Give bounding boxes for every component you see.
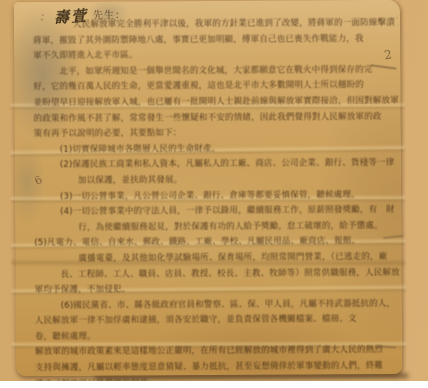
- text-line: (2)保護民族工商業和私人資本，凡屬私人的工廠、商店、公司企業、銀行、貨棧等一律: [34, 156, 399, 174]
- photo-backdrop: ： 壽萱先生： 人民解放軍完全勝利平津以後，我軍的方針業已進到了改變，將蔣軍的一…: [0, 0, 428, 381]
- text-line: 廣播電臺，及其他如化學試驗場所、保育場所，均照常開門營業，（已逃走的，廠: [34, 250, 399, 268]
- text-line: 支持與擁護，凡屬以輕率態度惡意猜疑、暴力抵抗，甚至妄想僥倖於軍事變動的人們，終難: [35, 359, 400, 377]
- document-photo-frame: ： 壽萱先生： 人民解放軍完全勝利平津以後，我軍的方針業已進到了改變，將蔣軍的一…: [0, 0, 428, 388]
- text-line: 長、工程師、工人、職員、店員、教授、校長、主教、牧師等）照常供職服務，人民解放: [34, 265, 399, 283]
- photo-bottom-margin: [0, 381, 428, 388]
- text-line: (4)一切公營事業中的守法人員，一律予以錄用，繼續服務工作，原薪照發獎勵，有 財…: [34, 203, 399, 221]
- paper-sheet: ： 壽萱先生： 人民解放軍完全勝利平津以後，我軍的方針業已進到了改變，將蔣軍的一…: [14, 0, 402, 376]
- text-line: 人民解放軍完全勝利平津以後，我軍的方針業已進到了改變，將蔣軍的一面防線擊潰了蔣: [33, 16, 398, 34]
- text-line: 的政策和作風不甚了解，常常發生一些懷疑和不安的情緒，因此我們覺得對人民解放軍的政: [34, 109, 399, 127]
- text-line: 蔣軍，摧毀了其外圍防禦陣地八處，事實已更加明顯，傅軍自己也已喪失作戰能力，我: [33, 31, 398, 49]
- document-lines: 人民解放軍完全勝利平津以後，我軍的方針業已進到了改變，將蔣軍的一面防線擊潰了蔣蔣…: [33, 16, 400, 381]
- text-line: 並盼望早日迎接解放軍入城，也已屢有一批開明人士親赴前線與解放軍實際接洽，但因對解…: [33, 94, 398, 112]
- text-line: 人民解放軍一律不加俘虜和逮捕，須各安於職守，並負責保管各機關檔案、檔冊、文: [35, 312, 400, 330]
